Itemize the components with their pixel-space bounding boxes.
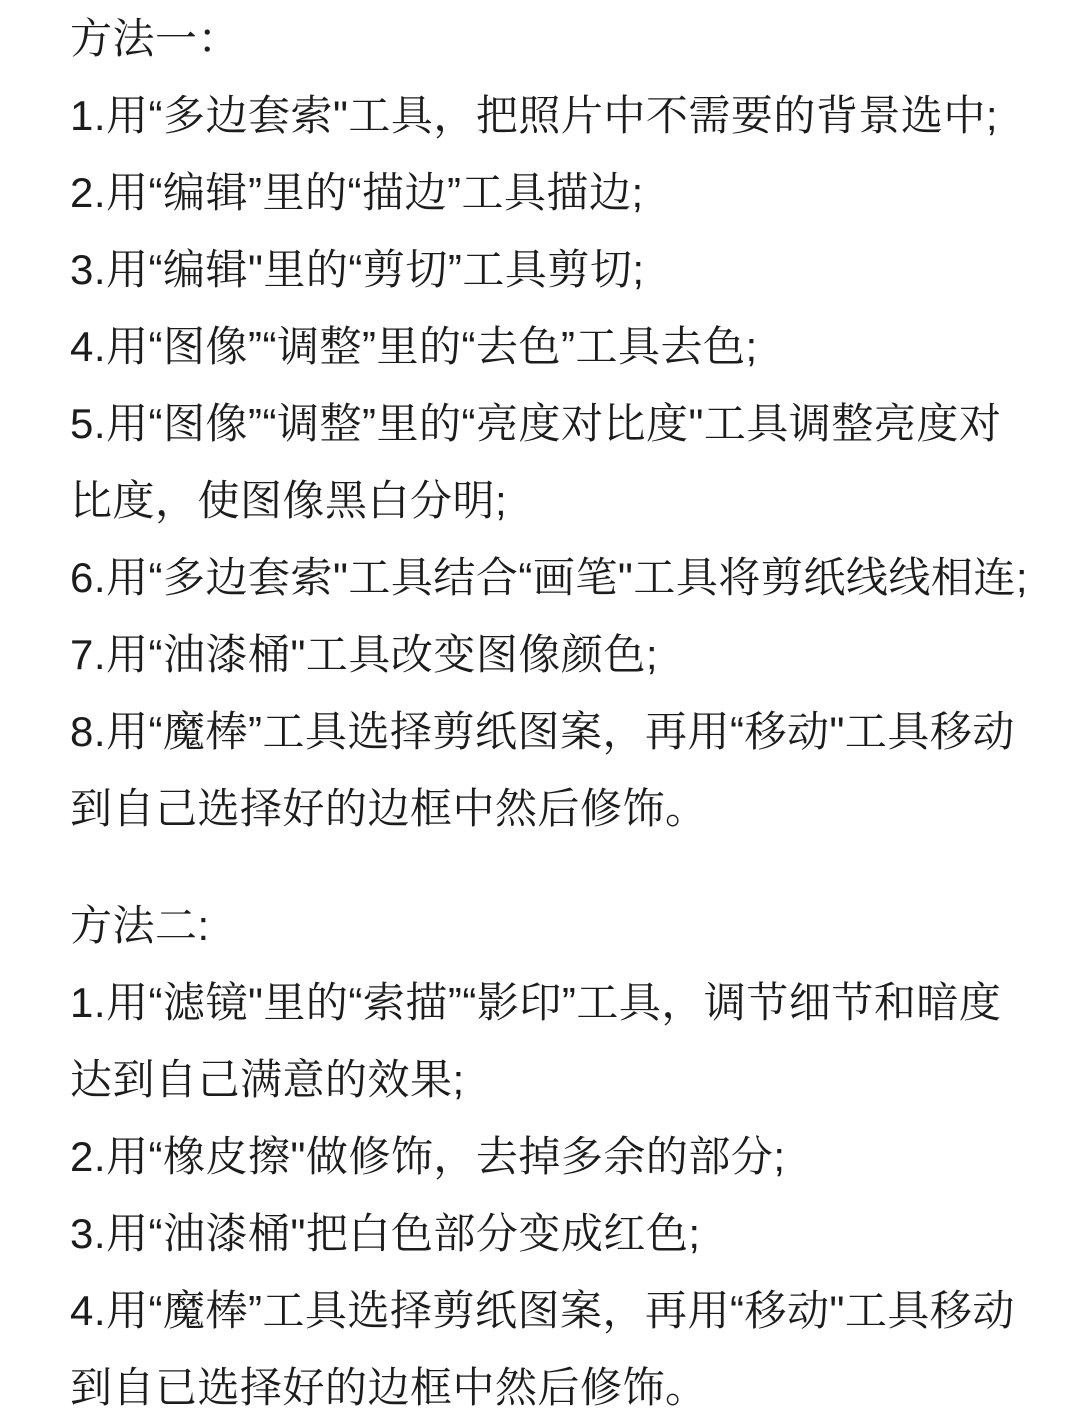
text-line: 1.用“多边套索"工具，把照片中不需要的背景选中; <box>70 77 1045 154</box>
section-method-2: 方法二: 1.用“滤镜"里的“索描”“影印”工具，调节细节和暗度 达到自己满意的… <box>70 887 1045 1419</box>
text-line: 6.用“多边套索"工具结合“画笔"工具将剪纸线线相连; <box>70 539 1045 616</box>
text-line: 到自已选择好的边框中然后修饰。 <box>70 1349 1045 1419</box>
text-line: 3.用“油漆桶"把白色部分变成红色; <box>70 1195 1045 1272</box>
text-line: 4.用“图像”“调整”里的“去色”工具去色; <box>70 308 1045 385</box>
text-line: 达到自己满意的效果; <box>70 1041 1045 1118</box>
text-line: 1.用“滤镜"里的“索描”“影印”工具，调节细节和暗度 <box>70 964 1045 1041</box>
section-heading: 方法二: <box>70 887 1045 964</box>
text-line: 3.用“编辑"里的“剪切”工具剪切; <box>70 231 1045 308</box>
document-page: 方法一： 1.用“多边套索"工具，把照片中不需要的背景选中; 2.用“编辑”里的… <box>0 0 1065 1419</box>
text-line: 7.用“油漆桶"工具改变图像颜色; <box>70 616 1045 693</box>
section-heading: 方法一： <box>70 0 1045 77</box>
text-line: 2.用“编辑”里的“描边”工具描边; <box>70 154 1045 231</box>
text-line: 比度，使图像黑白分明; <box>70 462 1045 539</box>
text-line: 到自己选择好的边框中然后修饰。 <box>70 770 1045 847</box>
text-line: 5.用“图像”“调整”里的“亮度对比度"工具调整亮度对 <box>70 385 1045 462</box>
text-line: 2.用“橡皮擦"做修饰，去掉多余的部分; <box>70 1118 1045 1195</box>
section-method-1: 方法一： 1.用“多边套索"工具，把照片中不需要的背景选中; 2.用“编辑”里的… <box>70 0 1045 847</box>
text-line: 4.用“魔棒”工具选择剪纸图案，再用“移动"工具移动 <box>70 1272 1045 1349</box>
text-line: 8.用“魔棒”工具选择剪纸图案，再用“移动"工具移动 <box>70 693 1045 770</box>
